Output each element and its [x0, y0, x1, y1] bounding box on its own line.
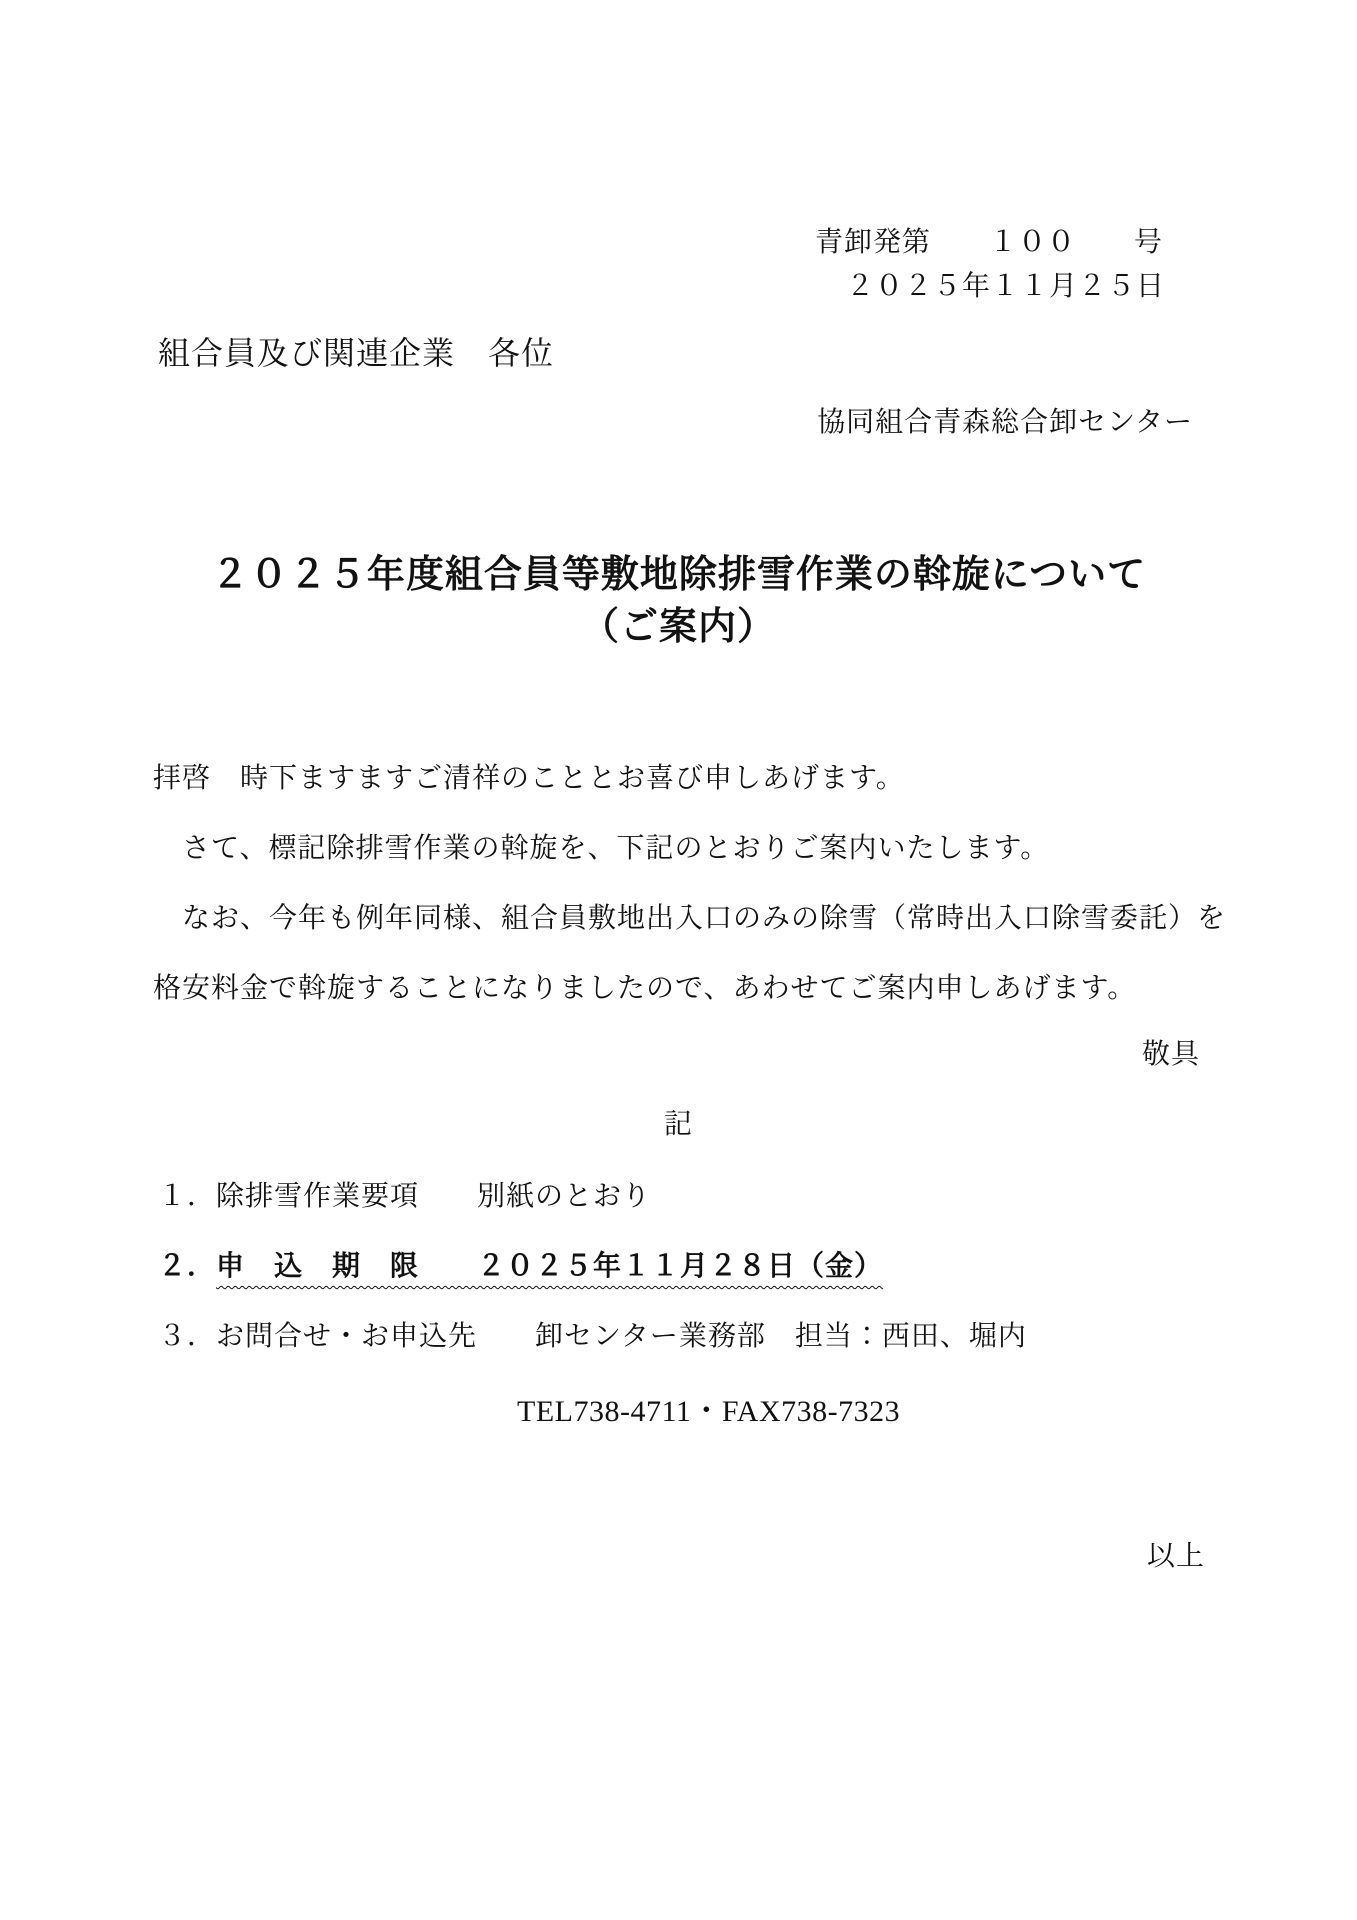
recipient-line: 組合員及び関連企業 各位	[158, 332, 554, 375]
end-of-document-mark: 以上	[1147, 1538, 1205, 1576]
deadline-underlined-text: 申 込 期 限 ２０２５年１１月２８日（金）	[216, 1251, 883, 1282]
letter-subtitle: （ご案内）	[0, 602, 1357, 653]
document-date: ２０２５年１１月２５日	[846, 268, 1165, 306]
tel-fax-numbers: TEL738-4711・FAX738-7323	[517, 1392, 900, 1433]
letter-title: ２０２５年度組合員等敷地除排雪作業の斡旋について	[0, 550, 1357, 601]
deadline-item-number: ２．	[158, 1251, 216, 1282]
closing-salutation: 敬具	[1142, 1036, 1200, 1074]
body-paragraph-2-line-2: 格安料金で斡旋することになりましたので、あわせてご案内申しあげます。	[153, 970, 1136, 1008]
record-heading: 記	[0, 1106, 1357, 1144]
body-paragraph-2-line-1: なお、今年も例年同様、組合員敷地出入口のみの除雪（常時出入口除雪委託）を	[153, 900, 1226, 938]
body-paragraph-1: さて、標記除排雪作業の斡旋を、下記のとおりご案内いたします。	[153, 830, 1049, 868]
notice-item-deadline: ２．申 込 期 限 ２０２５年１１月２８日（金）	[158, 1248, 883, 1286]
sender-organization: 協同組合青森総合卸センター	[817, 404, 1193, 442]
notice-item-contact-department: ３．お問合せ・お申込先 卸センター業務部 担当：西田、堀内	[158, 1318, 1027, 1356]
notice-item-work-outline: １．除排雪作業要項 別紙のとおり	[158, 1178, 651, 1216]
letter-page: 青卸発第 １００ 号 ２０２５年１１月２５日 組合員及び関連企業 各位 協同組合…	[0, 0, 1357, 1920]
greeting-paragraph: 拝啓 時下ますますご清祥のこととお喜び申しあげます。	[153, 760, 905, 798]
document-number: 青卸発第 １００ 号	[815, 224, 1163, 262]
